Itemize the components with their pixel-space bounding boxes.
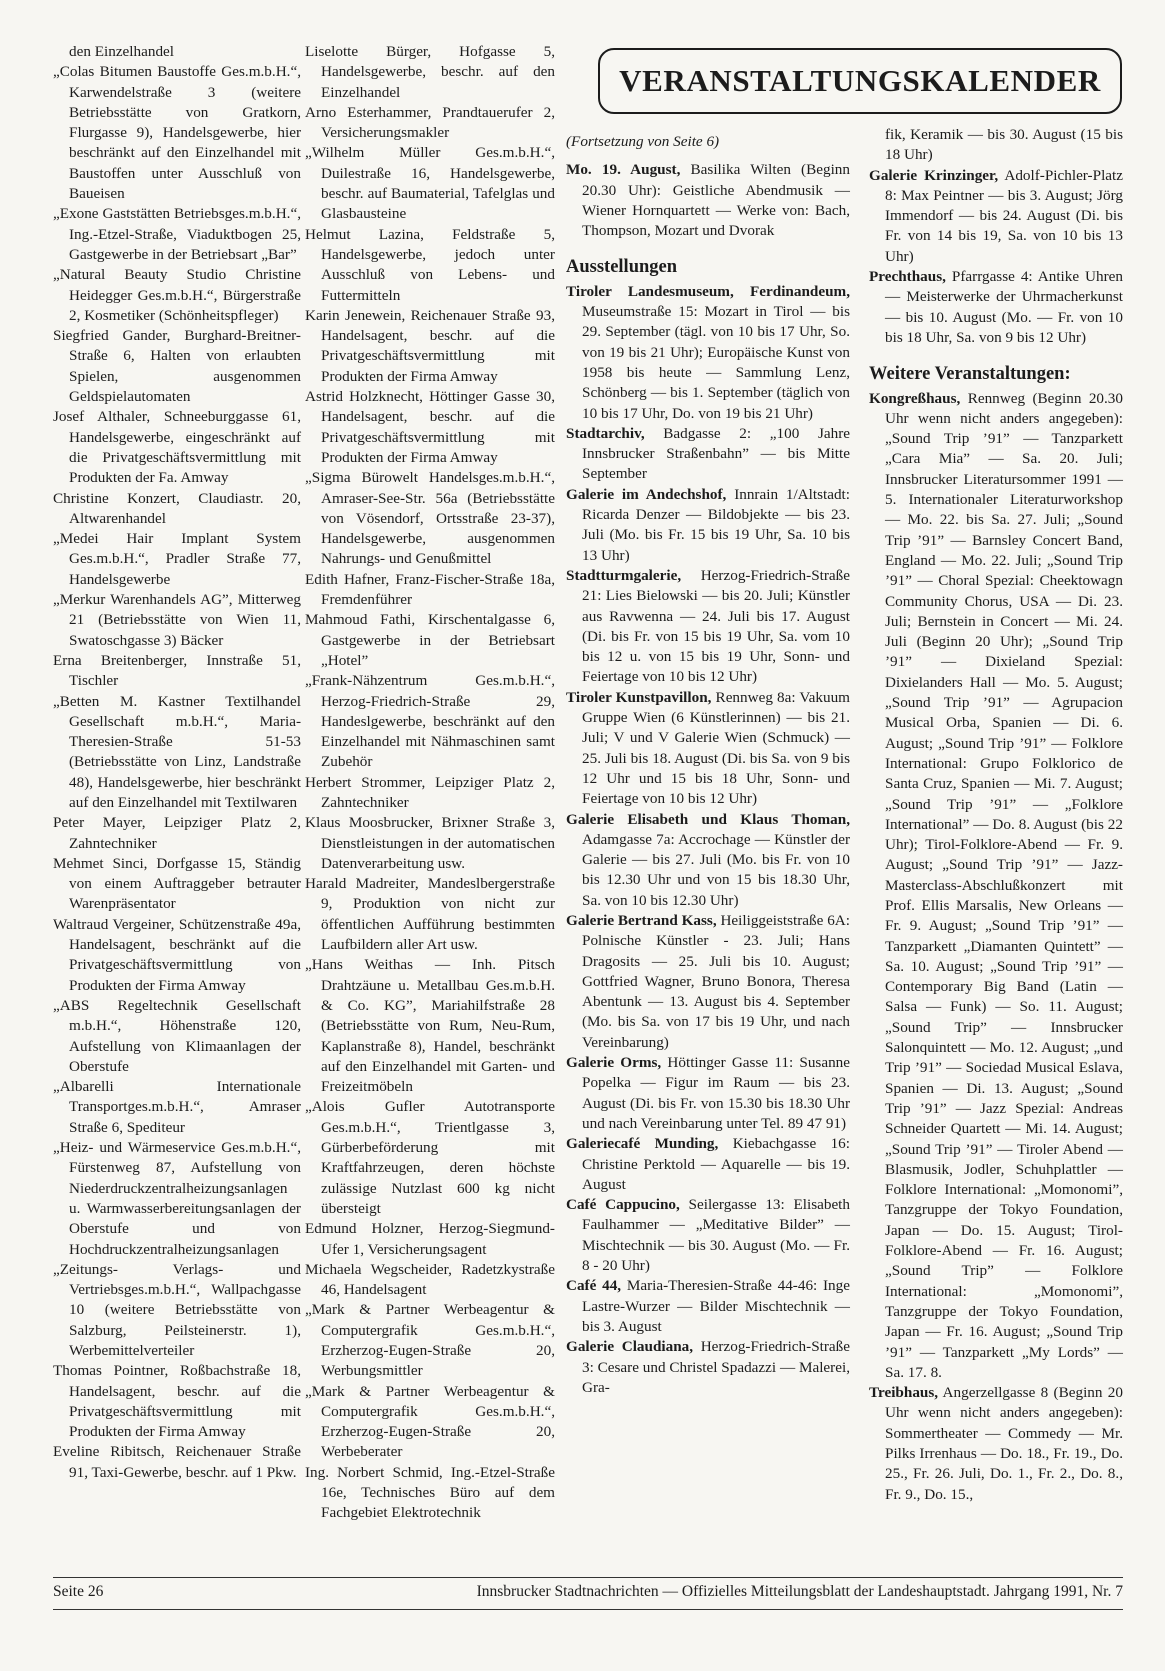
list-item: „Wilhelm Müller Ges.m.b.H.“, Duilestraße… bbox=[305, 143, 555, 224]
list-item: „Zeitungs- Verlags- und Vertriebsges.m.b… bbox=[53, 1260, 301, 1361]
column-2-gewerbe-list: Liselotte Bürger, Hofgasse 5, Handelsgew… bbox=[305, 42, 555, 1524]
event-title: Mo. 19. August, bbox=[566, 161, 680, 178]
event-title: Galerie Claudiana, bbox=[566, 1338, 693, 1355]
list-item: Josef Althaler, Schneeburggasse 61, Hand… bbox=[53, 407, 301, 488]
event-entry: Tiroler Landesmuseum, Ferdinandeum, Muse… bbox=[566, 282, 850, 424]
event-entry: Stadtarchiv, Badgasse 2: „100 Jahre Inns… bbox=[566, 424, 850, 485]
event-entry: Galerie im Andechshof, Innrain 1/Altstad… bbox=[566, 485, 850, 566]
event-title: Galerie Bertrand Kass, bbox=[566, 912, 717, 929]
event-entry: Tiroler Kunstpavillon, Rennweg 8a: Vakuu… bbox=[566, 688, 850, 810]
list-item: den Einzelhandel bbox=[53, 42, 301, 62]
list-item: Edmund Holzner, Herzog-Siegmund-Ufer 1, … bbox=[305, 1219, 555, 1260]
list-item: „Frank-Nähzentrum Ges.m.b.H.“, Herzog-Fr… bbox=[305, 671, 555, 772]
event-entry: Galeriecafé Munding, Kiebachgasse 16: Ch… bbox=[566, 1134, 850, 1195]
list-item: Harald Madreiter, Mandeslbergerstraße 9,… bbox=[305, 874, 555, 955]
section-heading-weitere-veranstaltungen: Weitere Veranstaltungen: bbox=[869, 364, 1123, 384]
footer-rule-bottom bbox=[53, 1609, 1123, 1610]
event-entry: Treibhaus, Angerzellgasse 8 (Beginn 20 U… bbox=[869, 1383, 1123, 1505]
event-title: Galerie im Andechshof, bbox=[566, 486, 726, 503]
list-item: „Merkur Warenhandels AG”, Mitterweg 21 (… bbox=[53, 590, 301, 651]
publication-line: Innsbrucker Stadtnachrichten — Offiziell… bbox=[477, 1583, 1123, 1601]
list-item: Peter Mayer, Leipziger Platz 2, Zahntech… bbox=[53, 813, 301, 854]
list-item: „Heiz- und Wärmeservice Ges.m.b.H.“, Für… bbox=[53, 1138, 301, 1260]
event-title: Galerie Orms, bbox=[566, 1054, 661, 1071]
event-entry: Stadtturmgalerie, Herzog-Friedrich-Straß… bbox=[566, 566, 850, 688]
event-text: Herzog-Friedrich-Straße 21: Lies Bielows… bbox=[582, 567, 850, 685]
list-item: Mahmoud Fathi, Kirschentalgasse 6, Gastg… bbox=[305, 610, 555, 671]
list-item: Liselotte Bürger, Hofgasse 5, Handelsgew… bbox=[305, 42, 555, 103]
event-title: Prechthaus, bbox=[869, 268, 946, 285]
list-item: Klaus Moosbrucker, Brixner Straße 3, Die… bbox=[305, 813, 555, 874]
event-entry: Galerie Orms, Höttinger Gasse 11: Susann… bbox=[566, 1053, 850, 1134]
event-title: Kongreßhaus, bbox=[869, 390, 960, 407]
event-title: Tiroler Kunstpavillon, bbox=[566, 689, 711, 706]
event-title: Treibhaus, bbox=[869, 1384, 938, 1401]
event-text: Angerzellgasse 8 (Beginn 20 Uhr wenn nic… bbox=[885, 1384, 1123, 1502]
event-entry: Galerie Claudiana, Herzog-Friedrich-Stra… bbox=[566, 1337, 850, 1398]
list-item: „Exone Gaststätten Betriebsges.m.b.H.“, … bbox=[53, 204, 301, 265]
event-text: Maria-Theresien-Straße 44-46: Inge Lastr… bbox=[582, 1277, 850, 1335]
page-title: VERANSTALTUNGSKALENDER bbox=[598, 48, 1122, 114]
event-text: Rennweg (Beginn 20.30 Uhr wenn nicht and… bbox=[885, 390, 1123, 1381]
event-title: Stadtturmgalerie, bbox=[566, 567, 681, 584]
section-heading-ausstellungen: Ausstellungen bbox=[566, 257, 850, 277]
page-number: Seite 26 bbox=[53, 1583, 103, 1601]
event-title: Café Cappucino, bbox=[566, 1196, 680, 1213]
list-item: Thomas Pointner, Roßbachstraße 18, Hande… bbox=[53, 1361, 301, 1442]
event-text: Museumstraße 15: Mozart in Tirol — bis 2… bbox=[582, 303, 850, 421]
event-entry: Galerie Krinzinger, Adolf-Pichler-Platz … bbox=[869, 166, 1123, 267]
event-text: Adamgasse 7a: Accrochage — Künstler der … bbox=[582, 831, 850, 909]
list-item: Ing. Norbert Schmid, Ing.-Etzel-Straße 1… bbox=[305, 1463, 555, 1524]
event-title: Café 44, bbox=[566, 1277, 621, 1294]
list-item: „ABS Regeltechnik Gesellschaft m.b.H.“, … bbox=[53, 996, 301, 1077]
list-item: „Medei Hair Implant System Ges.m.b.H.“, … bbox=[53, 529, 301, 590]
list-item: Helmut Lazina, Feldstraße 5, Handelsgewe… bbox=[305, 225, 555, 306]
list-item: Erna Breitenberger, Innstraße 51, Tischl… bbox=[53, 651, 301, 692]
event-entry: Café Cappucino, Seilergasse 13: Elisabet… bbox=[566, 1195, 850, 1276]
event-entry: Galerie Elisabeth und Klaus Thoman, Adam… bbox=[566, 810, 850, 911]
event-title: Stadtarchiv, bbox=[566, 425, 645, 442]
list-item: „Alois Gufler Autotransporte Ges.m.b.H.“… bbox=[305, 1097, 555, 1219]
list-item: Herbert Strommer, Leipziger Platz 2, Zah… bbox=[305, 773, 555, 814]
continuation-note: (Fortsetzung von Seite 6) bbox=[566, 132, 850, 152]
list-item: Karin Jenewein, Reichenauer Straße 93, H… bbox=[305, 306, 555, 387]
column-4-events: fik, Keramik — bis 30. August (15 bis 18… bbox=[869, 125, 1123, 1505]
column-1-gewerbe-list: den Einzelhandel „Colas Bitumen Baustoff… bbox=[53, 42, 301, 1483]
list-item: Eveline Ribitsch, Reichenauer Straße 91,… bbox=[53, 1442, 301, 1483]
event-title: Galerie Elisabeth und Klaus Thoman, bbox=[566, 811, 850, 828]
page-footer: Seite 26 Innsbrucker Stadtnachrichten — … bbox=[53, 1583, 1123, 1601]
event-entry: Prechthaus, Pfarrgasse 4: Antike Uhren —… bbox=[869, 267, 1123, 348]
event-continuation: fik, Keramik — bis 30. August (15 bis 18… bbox=[869, 125, 1123, 166]
event-title: Tiroler Landesmuseum, Ferdinandeum, bbox=[566, 283, 850, 300]
list-item: „Colas Bitumen Baustoffe Ges.m.b.H.“, Ka… bbox=[53, 62, 301, 204]
list-item: Astrid Holzknecht, Höttinger Gasse 30, H… bbox=[305, 387, 555, 468]
list-item: Edith Hafner, Franz-Fischer-Straße 18a, … bbox=[305, 570, 555, 611]
event-entry: Café 44, Maria-Theresien-Straße 44-46: I… bbox=[566, 1276, 850, 1337]
event-text: Rennweg 8a: Vakuum Gruppe Wien (6 Künstl… bbox=[582, 689, 850, 807]
event-title: Galeriecafé Munding, bbox=[566, 1135, 718, 1152]
list-item: Christine Konzert, Claudiastr. 20, Altwa… bbox=[53, 489, 301, 530]
event-text: Heiliggeiststraße 6A: Polnische Künstler… bbox=[582, 912, 850, 1051]
list-item: „Sigma Bürowelt Handelsges.m.b.H.“, Amra… bbox=[305, 468, 555, 569]
list-item: „Mark & Partner Werbeagentur & Computerg… bbox=[305, 1382, 555, 1463]
list-item: „Albarelli Internationale Transportges.m… bbox=[53, 1077, 301, 1138]
event-entry: Kongreßhaus, Rennweg (Beginn 20.30 Uhr w… bbox=[869, 389, 1123, 1384]
list-item: Waltraud Vergeiner, Schützenstraße 49a, … bbox=[53, 915, 301, 996]
list-item: Mehmet Sinci, Dorfgasse 15, Ständig von … bbox=[53, 854, 301, 915]
list-item: Siegfried Gander, Burghard-Breitner-Stra… bbox=[53, 326, 301, 407]
list-item: Michaela Wegscheider, Radetzkystraße 46,… bbox=[305, 1260, 555, 1301]
list-item: „Hans Weithas — Inh. Pitsch Drahtzäune u… bbox=[305, 955, 555, 1097]
list-item: „Natural Beauty Studio Christine Heidegg… bbox=[53, 265, 301, 326]
list-item: „Mark & Partner Werbeagentur & Computerg… bbox=[305, 1300, 555, 1381]
event-title: Galerie Krinzinger, bbox=[869, 167, 998, 184]
event-entry: Galerie Bertrand Kass, Heiliggeiststraße… bbox=[566, 911, 850, 1053]
list-item: „Betten M. Kastner Textilhandel Gesellsc… bbox=[53, 692, 301, 814]
list-item: Arno Esterhammer, Prandtauerufer 2, Vers… bbox=[305, 103, 555, 144]
event-entry: Mo. 19. August, Basilika Wilten (Beginn … bbox=[566, 160, 850, 241]
footer-rule-top bbox=[53, 1577, 1123, 1578]
